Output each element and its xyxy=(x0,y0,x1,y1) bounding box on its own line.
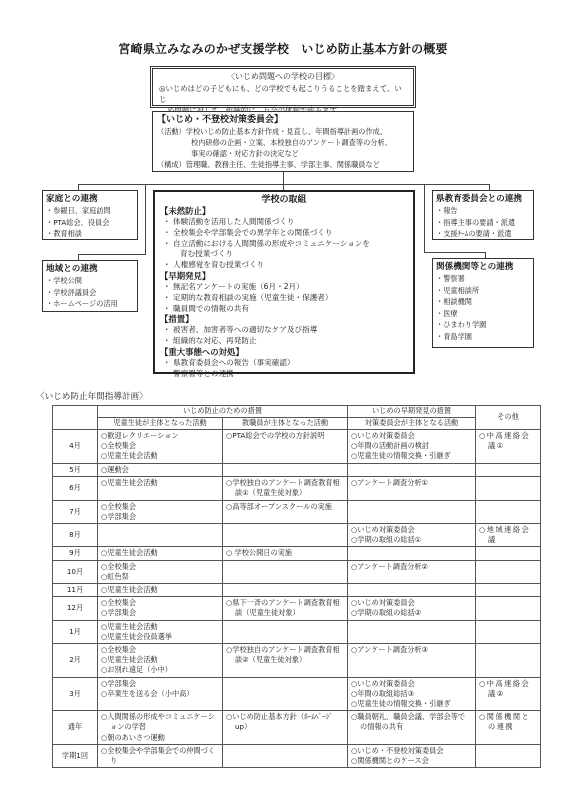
annual-plan-table: いじめ防止のための措置 いじめの早期発見の措置 その他 児童生徒が主体となった活… xyxy=(52,405,541,768)
plan-cell-c3 xyxy=(348,464,476,477)
list-item: 育む授業づくり xyxy=(160,249,408,260)
plan-item: ○児童生徒の情報交換・引継ぎ xyxy=(351,451,472,461)
plan-cell-c2: ○ 学校公開日の実施 xyxy=(223,547,348,560)
plan-item: ○学校独自のアンケート調査教育相談②（児童生徒対象） xyxy=(226,645,344,665)
plan-item: ○児童生徒会活動 xyxy=(101,451,219,461)
plan-item: ○いじめ対策委員会 xyxy=(351,431,472,441)
plan-cell-c4: ○地域連絡会議 xyxy=(476,524,541,547)
family-cooperation-box: 家庭との連携 ・参観日、家庭訪問 ・PTA総会、役員会 ・教育相談 xyxy=(42,190,138,240)
plan-cell-c2 xyxy=(223,620,348,643)
month-cell: 5月 xyxy=(53,464,98,477)
list-item: ・教育相談 xyxy=(46,228,134,240)
plan-cell-c2: ○学校独自のアンケート調査教育相談①（児童生徒対象） xyxy=(223,477,348,500)
prefecture-board-box: 県教育委員会との連携 ・報告 ・指導主事の要請・派遣 ・支援ﾁｰﾑの要請・派遣 xyxy=(432,190,534,240)
table-row: 学期1回○全校集会や学部集会での仲間づくり○いじめ・不登校対策委員会○関係機関と… xyxy=(53,744,541,767)
table-row: 1月○児童生徒会活動○児童生徒会役員選挙 xyxy=(53,620,541,643)
plan-item: ○関係機関との連携 xyxy=(479,712,537,732)
plan-item: ○高等部オープンスクールの実施 xyxy=(226,502,344,512)
section-measures: 【措置】 xyxy=(160,314,408,325)
plan-cell-c4 xyxy=(476,464,541,477)
plan-cell-c1: ○全校集会○虹色祭 xyxy=(98,560,223,583)
goal-text-line1: ◎いじめはどの子どもにも、どの学校でも起こりうることを踏まえて、いじ xyxy=(159,83,407,105)
plan-item: ○人間関係の形成やコミュニケーションの学習 xyxy=(101,712,219,732)
plan-cell-c1: ○児童生徒会活動○児童生徒会役員選挙 xyxy=(98,620,223,643)
list-item: ・報告 xyxy=(436,205,530,217)
list-item: ・ 自立活動における人間関係の形成やコミュニケーションを xyxy=(160,239,408,250)
section-early-detection: 【早期発見】 xyxy=(160,271,408,282)
plan-item: ○学期の取組の総括① xyxy=(351,535,472,545)
plan-item: ○学校独自のアンケート調査教育相談①（児童生徒対象） xyxy=(226,478,344,498)
plan-item: ○いじめ・不登校対策委員会 xyxy=(351,746,472,756)
header-student-led: 児童生徒が主体となった活動 xyxy=(98,418,223,430)
month-cell: 11月 xyxy=(53,584,98,597)
plan-cell-c4 xyxy=(476,547,541,560)
header-month xyxy=(53,406,98,430)
header-staff-led: 教職員が主体となった活動 xyxy=(223,418,348,430)
list-item: ・支援ﾁｰﾑの要請・派遣 xyxy=(436,228,530,240)
plan-cell-c1: ○児童生徒会活動 xyxy=(98,477,223,500)
plan-cell-c4 xyxy=(476,584,541,597)
list-item: ・ 全校集会や学部集会での異学年との関係づくり xyxy=(160,228,408,239)
plan-item: ○アンケート調査分析① xyxy=(351,478,472,488)
plan-cell-c2 xyxy=(223,464,348,477)
plan-cell-c2: ○県下一斉のアンケート調査教育相談（児童生徒対象） xyxy=(223,597,348,620)
plan-cell-c1: ○児童生徒会活動 xyxy=(98,547,223,560)
list-item: ・ 職員間での情報の共有 xyxy=(160,304,408,315)
list-item: ・ 定期的な教育相談の実施（児童生徒・保護者） xyxy=(160,293,408,304)
month-cell: 9月 xyxy=(53,547,98,560)
table-row: 9月○児童生徒会活動○ 学校公開日の実施 xyxy=(53,547,541,560)
plan-item: ○全校集会 xyxy=(101,441,219,451)
prefecture-heading: 県教育委員会との連携 xyxy=(436,193,530,205)
plan-cell-c2: ○PTA総会での学校の方針説明 xyxy=(223,430,348,464)
plan-cell-c3: ○いじめ対策委員会○年間の活動計画の検討○児童生徒の情報交換・引継ぎ xyxy=(348,430,476,464)
table-row: 12月○全校集会○学部集会○県下一斉のアンケート調査教育相談（児童生徒対象）○い… xyxy=(53,597,541,620)
plan-cell-c1: ○人間関係の形成やコミュニケーションの学習○朝のあいさつ運動 xyxy=(98,711,223,745)
committee-activity-cont: 校内研修の企画・立案、本校独自のアンケート調査等の分析、 xyxy=(157,137,409,148)
plan-cell-c4: ○関係機関との連携 xyxy=(476,711,541,745)
committee-composition: （構成）管理職、教務主任、生徒指導主事、学部主事、関係職員など xyxy=(157,159,409,170)
connector-line xyxy=(424,184,425,252)
plan-item: ○いじめ対策委員会 xyxy=(351,598,472,608)
plan-cell-c1: ○全校集会○学部集会 xyxy=(98,597,223,620)
plan-cell-c1: ○児童生徒会活動 xyxy=(98,584,223,597)
table-row: 6月○児童生徒会活動○学校独自のアンケート調査教育相談①（児童生徒対象）○アンケ… xyxy=(53,477,541,500)
plan-item: ○いじめ防止基本方針（ﾎｰﾑﾍﾟｰｼﾞ up） xyxy=(226,712,344,732)
plan-item: ○朝のあいさつ運動 xyxy=(101,733,219,743)
plan-item: ○アンケート調査分析② xyxy=(351,562,472,572)
list-item: ・ 人権感覚を育む授業づくり xyxy=(160,260,408,271)
plan-cell-c2 xyxy=(223,560,348,583)
plan-item: ○児童生徒会活動 xyxy=(101,655,219,665)
plan-item: ○お別れ遠足（小中） xyxy=(101,665,219,675)
plan-cell-c2: ○高等部オープンスクールの実施 xyxy=(223,500,348,523)
plan-cell-c3: ○アンケート調査分析③ xyxy=(348,644,476,678)
month-cell: 通年 xyxy=(53,711,98,745)
month-cell: 7月 xyxy=(53,500,98,523)
school-heading: 学校の取組 xyxy=(160,194,408,206)
plan-cell-c3 xyxy=(348,620,476,643)
agencies-heading: 関係機関等との連携 xyxy=(436,261,530,273)
month-cell: 2月 xyxy=(53,644,98,678)
header-early-detection: いじめの早期発見の措置 xyxy=(348,406,476,418)
plan-item: ○いじめ対策委員会 xyxy=(351,525,472,535)
plan-item: ○PTA総会での学校の方針説明 xyxy=(226,431,344,441)
plan-cell-c4 xyxy=(476,477,541,500)
plan-cell-c1: ○全校集会○学部集会 xyxy=(98,500,223,523)
plan-item: ○運動会 xyxy=(101,465,219,475)
table-row: 5月○運動会 xyxy=(53,464,541,477)
committee-box: 【いじめ・不登校対策委員会】 （活動）学校いじめ防止基本方針作成・見直し、年間指… xyxy=(152,111,414,172)
connector-line xyxy=(424,252,486,253)
plan-cell-c4: ○中高連絡会議② xyxy=(476,677,541,711)
month-cell: 12月 xyxy=(53,597,98,620)
section-prevention: 【未然防止】 xyxy=(160,206,408,217)
list-item: ・PTA総会、役員会 xyxy=(46,217,134,229)
plan-item: ○全校集会 xyxy=(101,502,219,512)
plan-cell-c3 xyxy=(348,547,476,560)
plan-cell-c3 xyxy=(348,584,476,597)
plan-item: ○地域連絡会議 xyxy=(479,525,537,545)
month-cell: 学期1回 xyxy=(53,744,98,767)
month-cell: 8月 xyxy=(53,524,98,547)
plan-cell-c4 xyxy=(476,744,541,767)
list-item: ・ 被害者、加害者等への適切なケア及び指導 xyxy=(160,325,408,336)
goal-heading: 〈いじめ問題への学校の目標〉 xyxy=(159,71,407,83)
plan-item: ○児童生徒会活動 xyxy=(101,585,219,595)
plan-item: ○全校集会や学部集会での仲間づくり xyxy=(101,746,219,766)
plan-cell-c3: ○いじめ・不登校対策委員会○関係機関とのケース会 xyxy=(348,744,476,767)
plan-item: ○アンケート調査分析③ xyxy=(351,645,472,655)
plan-item: ○学部集会 xyxy=(101,512,219,522)
list-item: ・ 県教育委員会への報告（事実確認） xyxy=(160,358,408,369)
community-heading: 地域との連携 xyxy=(46,263,134,275)
committee-activity: （活動）学校いじめ防止基本方針作成・見直し、年間指導計画の作成、 xyxy=(157,126,409,137)
connector-line xyxy=(78,184,490,185)
plan-item: ○学期の取組の総括② xyxy=(351,608,472,618)
list-item: ・医療 xyxy=(436,308,530,320)
school-efforts-box: 学校の取組 【未然防止】 ・ 体験活動を活用した人間関係づくり ・ 全校集会や学… xyxy=(153,190,415,374)
plan-item: ○児童生徒会活動 xyxy=(101,622,219,632)
plan-cell-c4 xyxy=(476,560,541,583)
plan-item: ○虹色祭 xyxy=(101,572,219,582)
table-row: 10月○全校集会○虹色祭○アンケート調査分析② xyxy=(53,560,541,583)
plan-item: ○関係機関とのケース会 xyxy=(351,756,472,766)
plan-item: ○児童生徒会役員選挙 xyxy=(101,632,219,642)
month-cell: 6月 xyxy=(53,477,98,500)
family-heading: 家庭との連携 xyxy=(46,193,134,205)
plan-item: ○全校集会 xyxy=(101,562,219,572)
plan-cell-c3: ○アンケート調査分析① xyxy=(348,477,476,500)
plan-item: ○学部集会 xyxy=(101,679,219,689)
list-item: ・相談機関 xyxy=(436,296,530,308)
table-row: 7月○全校集会○学部集会○高等部オープンスクールの実施 xyxy=(53,500,541,523)
list-item: ・ひまわり学園 xyxy=(436,319,530,331)
table-row: 4月○歓迎レクリエーション○全校集会○児童生徒会活動○PTA総会での学校の方針説… xyxy=(53,430,541,464)
plan-cell-c3 xyxy=(348,500,476,523)
plan-item: ○ 学校公開日の実施 xyxy=(226,548,344,558)
list-item: ・指導主事の要請・派遣 xyxy=(436,217,530,229)
plan-item: ○年間の取組総括③ xyxy=(351,689,472,699)
plan-cell-c1: ○歓迎レクリエーション○全校集会○児童生徒会活動 xyxy=(98,430,223,464)
plan-cell-c3: ○アンケート調査分析② xyxy=(348,560,476,583)
list-item: ・ 警察署等との連携 xyxy=(160,369,408,380)
plan-item: ○中高連絡会議② xyxy=(479,679,537,699)
plan-cell-c2 xyxy=(223,584,348,597)
plan-item: ○職員朝礼、職員会議、学部会等での情報の共有 xyxy=(351,712,472,732)
plan-item: ○年間の活動計画の検討 xyxy=(351,441,472,451)
list-item: ・児童相談所 xyxy=(436,285,530,297)
month-cell: 4月 xyxy=(53,430,98,464)
plan-cell-c1: ○運動会 xyxy=(98,464,223,477)
plan-cell-c1: ○全校集会や学部集会での仲間づくり xyxy=(98,744,223,767)
list-item: ・青島学園 xyxy=(436,331,530,343)
plan-cell-c2 xyxy=(223,524,348,547)
header-committee-led: 対策委員会が主体となる活動 xyxy=(348,418,476,430)
table-row: 11月○児童生徒会活動 xyxy=(53,584,541,597)
plan-cell-c2: ○いじめ防止基本方針（ﾎｰﾑﾍﾟｰｼﾞ up） xyxy=(223,711,348,745)
plan-cell-c4 xyxy=(476,597,541,620)
list-item: ・ 組織的な対応、再発防止 xyxy=(160,336,408,347)
plan-cell-c4 xyxy=(476,644,541,678)
plan-cell-c2 xyxy=(223,744,348,767)
month-cell: 3月 xyxy=(53,677,98,711)
table-row: 3月○学部集会○卒業生を送る会（小中高）○いじめ対策委員会○年間の取組総括③○児… xyxy=(53,677,541,711)
list-item: ・警察署 xyxy=(436,273,530,285)
committee-heading: 【いじめ・不登校対策委員会】 xyxy=(157,114,409,126)
table-row: 2月○全校集会○児童生徒会活動○お別れ遠足（小中）○学校独自のアンケート調査教育… xyxy=(53,644,541,678)
plan-cell-c4: ○中高連絡会議① xyxy=(476,430,541,464)
list-item: ・参観日、家庭訪問 xyxy=(46,205,134,217)
header-prevention-measures: いじめ防止のための措置 xyxy=(98,406,348,418)
plan-item: ○児童生徒の情報交換・引継ぎ xyxy=(351,699,472,709)
plan-item: ○卒業生を送る会（小中高） xyxy=(101,689,219,699)
plan-item: ○県下一斉のアンケート調査教育相談（児童生徒対象） xyxy=(226,598,344,618)
list-item: ・学校公開 xyxy=(46,275,134,287)
list-item: ・ホームページの活用 xyxy=(46,298,134,310)
connector-line xyxy=(283,172,284,190)
plan-cell-c2: ○学校独自のアンケート調査教育相談②（児童生徒対象） xyxy=(223,644,348,678)
page-title: 宮崎県立みなみのかぜ支援学校 いじめ防止基本方針の概要 xyxy=(0,40,566,57)
list-item: ・ 無記名アンケートの実施（6月・2月） xyxy=(160,282,408,293)
connector-line xyxy=(145,184,146,254)
plan-item: ○学部集会 xyxy=(101,608,219,618)
plan-item: ○全校集会 xyxy=(101,645,219,655)
community-cooperation-box: 地域との連携 ・学校公開 ・学校評議員会 ・ホームページの活用 xyxy=(42,260,138,312)
plan-cell-c1: ○全校集会○児童生徒会活動○お別れ遠足（小中） xyxy=(98,644,223,678)
plan-cell-c2 xyxy=(223,677,348,711)
plan-cell-c4 xyxy=(476,620,541,643)
header-other: その他 xyxy=(476,406,541,430)
connector-line xyxy=(78,254,146,255)
related-agencies-box: 関係機関等との連携 ・警察署 ・児童相談所 ・相談機関 ・医療 ・ひまわり学園 … xyxy=(432,258,534,348)
plan-cell-c4 xyxy=(476,500,541,523)
month-cell: 10月 xyxy=(53,560,98,583)
month-cell: 1月 xyxy=(53,620,98,643)
plan-cell-c1: ○学部集会○卒業生を送る会（小中高） xyxy=(98,677,223,711)
list-item: ・ 体験活動を活用した人間関係づくり xyxy=(160,217,408,228)
table-row: 8月○いじめ対策委員会○学期の取組の総括①○地域連絡会議 xyxy=(53,524,541,547)
plan-cell-c3: ○いじめ対策委員会○学期の取組の総括① xyxy=(348,524,476,547)
plan-cell-c1 xyxy=(98,524,223,547)
annual-plan-title: 〈いじめ防止年間指導計画〉 xyxy=(36,390,148,402)
plan-item: ○児童生徒会活動 xyxy=(101,548,219,558)
plan-item: ○全校集会 xyxy=(101,598,219,608)
plan-item: ○児童生徒会活動 xyxy=(101,478,219,488)
section-serious-cases: 【重大事態への対処】 xyxy=(160,347,408,358)
committee-activity-cont: 事実の確認・対応方針の決定など xyxy=(157,148,409,159)
plan-cell-c3: ○いじめ対策委員会○年間の取組総括③○児童生徒の情報交換・引継ぎ xyxy=(348,677,476,711)
plan-item: ○中高連絡会議① xyxy=(479,431,537,451)
school-goal-box: 〈いじめ問題への学校の目標〉 ◎いじめはどの子どもにも、どの学校でも起こりうるこ… xyxy=(150,66,416,108)
list-item: ・学校評議員会 xyxy=(46,287,134,299)
table-row: 通年○人間関係の形成やコミュニケーションの学習○朝のあいさつ運動○いじめ防止基本… xyxy=(53,711,541,745)
plan-cell-c3: ○いじめ対策委員会○学期の取組の総括② xyxy=(348,597,476,620)
plan-item: ○歓迎レクリエーション xyxy=(101,431,219,441)
plan-item: ○いじめ対策委員会 xyxy=(351,679,472,689)
plan-cell-c3: ○職員朝礼、職員会議、学部会等での情報の共有 xyxy=(348,711,476,745)
